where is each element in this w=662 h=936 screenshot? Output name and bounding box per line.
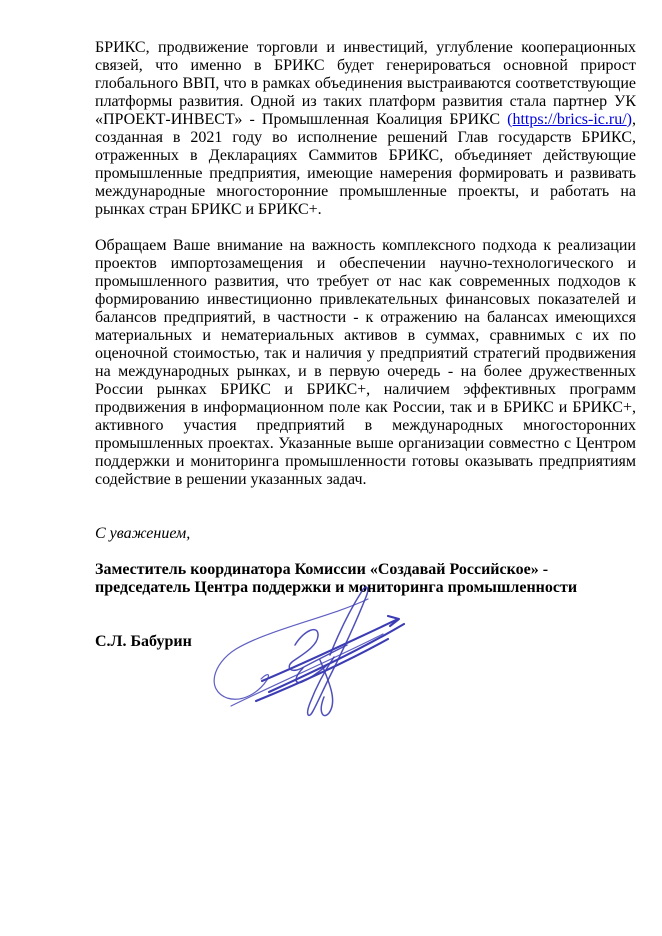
- letter-body: БРИКС, продвижение торговли и инвестиций…: [95, 39, 636, 651]
- letter-page: БРИКС, продвижение торговли и инвестиций…: [0, 0, 662, 936]
- paragraph-complex-approach: Обращаем Ваше внимание на важность компл…: [95, 237, 636, 489]
- paragraph-brics-platforms: БРИКС, продвижение торговли и инвестиций…: [95, 39, 636, 219]
- signer-title-line2: председатель Центра поддержки и монитори…: [95, 579, 636, 597]
- signer-title-block: Заместитель координатора Комиссии «Созда…: [95, 561, 636, 597]
- signer-name: С.Л. Бабурин: [95, 633, 636, 651]
- signer-title-line1: Заместитель координатора Комиссии «Созда…: [95, 561, 636, 579]
- closing-salutation: С уважением,: [95, 525, 636, 543]
- brics-ic-link[interactable]: https://brics-ic.ru/: [512, 111, 626, 128]
